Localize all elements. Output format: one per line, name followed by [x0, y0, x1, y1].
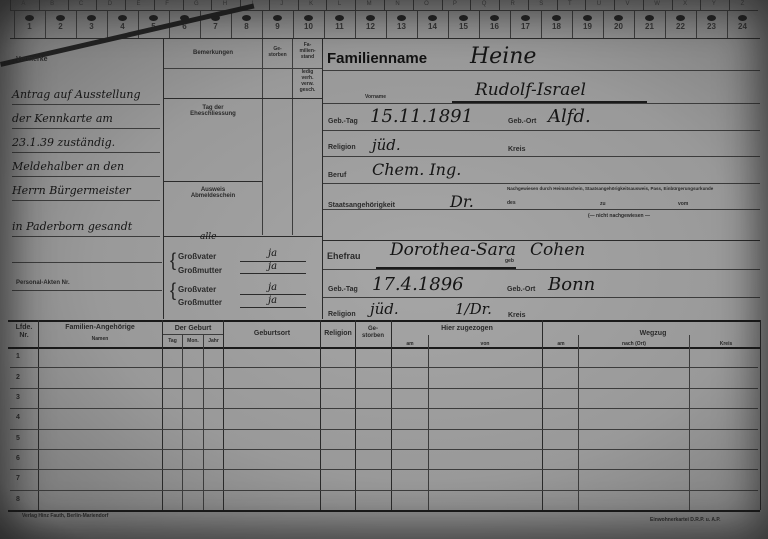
index-letter: P — [453, 1, 457, 7]
index-letter: D — [108, 1, 112, 7]
index-letter: O — [424, 1, 429, 7]
index-letter: Z — [741, 1, 745, 7]
geb-label: geb — [505, 258, 514, 264]
familienstand-options: ledig verh. verw. gesch. — [293, 69, 322, 93]
punch-hole-icon — [521, 15, 530, 21]
grossvater-value: ja — [268, 248, 277, 259]
grossmutter-label: Großmutter — [178, 266, 222, 275]
index-tab: 21 — [634, 12, 665, 38]
punch-hole-icon — [304, 15, 313, 21]
index-letter: T — [568, 1, 572, 7]
table-row — [8, 367, 760, 387]
grossvater-label: Großvater — [178, 252, 216, 261]
index-tab: 23 — [696, 12, 727, 38]
index-number: 12 — [355, 22, 386, 31]
table-row — [8, 388, 760, 408]
index-letter: R — [510, 1, 514, 7]
geb-ort-label: Geb.-Ort — [508, 118, 536, 125]
religion-value: jüd. — [372, 136, 401, 154]
grossmutter-value: ja — [268, 261, 277, 272]
index-number: 21 — [634, 22, 665, 31]
index-number: 11 — [324, 22, 355, 31]
namen-header: Namen — [38, 336, 162, 342]
index-letter: J — [280, 1, 283, 7]
table-row — [8, 347, 760, 367]
nachweis-text: Nachgewiesen durch Heimatschein, Staatsa… — [507, 186, 762, 192]
index-number: 1 — [14, 22, 45, 31]
index-letter: L — [338, 1, 341, 7]
index-tab: 2 — [45, 12, 76, 38]
ehefrau-name: Dorothea-Sara — [390, 240, 516, 260]
vermerke-label: Vermerke — [16, 56, 48, 63]
ausweis-label: Ausweis Abmeldeschein — [164, 187, 262, 199]
beruf-label: Beruf — [328, 172, 346, 179]
index-tab: 20 — [603, 12, 634, 38]
row-number: 4 — [16, 414, 20, 421]
index-letter: B — [50, 1, 54, 7]
index-letter: V — [626, 1, 630, 7]
nicht-nachgewiesen-label: (— nicht nachgewiesen — — [588, 213, 650, 219]
vermerke-line: Herrn Bürgermeister — [12, 184, 131, 197]
punch-hole-icon — [149, 15, 158, 21]
des-label: des — [507, 200, 516, 206]
index-number: 9 — [262, 22, 293, 31]
table-row — [8, 449, 760, 469]
vermerke-line: der Kennkarte am — [12, 112, 113, 125]
index-tab: 14 — [417, 12, 448, 38]
index-number: 10 — [293, 22, 324, 31]
grandparents-annotation: alle — [200, 232, 216, 242]
table-row — [8, 408, 760, 428]
punch-hole-icon — [428, 15, 437, 21]
staatsangehoerigkeit-label: Staatsangehörigkeit — [328, 202, 395, 209]
grossmutter-label: Großmutter — [178, 298, 222, 307]
punch-hole-icon — [583, 15, 592, 21]
index-number: 19 — [572, 22, 603, 31]
vorname-label: Vorname — [365, 94, 386, 100]
beruf-value: Chem. Ing. — [372, 160, 461, 179]
index-number: 17 — [510, 22, 541, 31]
registration-card: ABCDEFGHIJKLMNOPQRSTUVWXYZ 1234567891011… — [0, 0, 768, 539]
der-geburt-header: Der Geburt — [163, 325, 223, 332]
punch-hole-icon — [738, 15, 747, 21]
row-number: 1 — [16, 353, 20, 360]
index-tab: 18 — [541, 12, 572, 38]
row-number: 6 — [16, 455, 20, 462]
index-letter: C — [79, 1, 83, 7]
index-tab: 15 — [448, 12, 479, 38]
punch-hole-icon — [242, 15, 251, 21]
table-row — [8, 469, 760, 489]
vermerke-line: Antrag auf Ausstellung — [12, 88, 141, 101]
index-number: 15 — [448, 22, 479, 31]
punch-hole-icon — [366, 15, 375, 21]
table-row — [8, 490, 760, 510]
index-letter: U — [597, 1, 601, 7]
punch-hole-icon — [676, 15, 685, 21]
publisher-imprint: Einwohnerkartei D.R.P. u. A.P. — [650, 517, 720, 523]
table-row — [8, 429, 760, 449]
index-number: 14 — [417, 22, 448, 31]
index-letter: S — [539, 1, 543, 7]
index-letter: E — [136, 1, 140, 7]
index-number: 23 — [696, 22, 727, 31]
punch-hole-icon — [459, 15, 468, 21]
vermerke-line: in Paderborn gesandt — [12, 220, 132, 233]
vermerke-line: 23.1.39 zuständig. — [12, 136, 115, 149]
index-letter: W — [654, 1, 660, 7]
grossvater-value: ja — [268, 282, 277, 293]
index-letter: A — [21, 1, 25, 7]
punch-hole-icon — [552, 15, 561, 21]
familienname-label: Familienname — [327, 50, 427, 67]
grossvater-label: Großvater — [178, 285, 216, 294]
index-tab: 24 — [727, 12, 758, 38]
index-tab: 10 — [293, 12, 324, 38]
punch-hole-icon — [335, 15, 344, 21]
vorname-value: Rudolf-Israel — [475, 80, 586, 100]
index-letter: X — [683, 1, 687, 7]
index-letter: M — [367, 1, 372, 7]
index-letter: Q — [482, 1, 487, 7]
eheschliessung-label: Tag der Eheschliessung — [164, 105, 262, 117]
punch-hole-icon — [87, 15, 96, 21]
punch-hole-icon — [614, 15, 623, 21]
jahr-header: Jahr — [204, 338, 223, 344]
angehoerige-header: Familien-Angehörige — [38, 324, 162, 331]
ehefrau-kreis-label: Kreis — [508, 312, 526, 319]
index-number: 8 — [231, 22, 262, 31]
ehefrau-religion-value: jüd. — [370, 300, 399, 318]
index-tab: 3 — [76, 12, 107, 38]
personal-akten-label: Personal-Akten Nr. — [16, 280, 70, 286]
mon-header: Mon. — [183, 338, 203, 344]
gestorben-label: Ge- storben — [263, 46, 292, 58]
index-letter: H — [223, 1, 227, 7]
row-number: 2 — [16, 374, 20, 381]
punch-hole-icon — [25, 15, 34, 21]
index-tab: 17 — [510, 12, 541, 38]
index-tab: 12 — [355, 12, 386, 38]
ehefrau-religion-label: Religion — [328, 311, 356, 318]
index-tab: 1 — [14, 12, 45, 38]
index-number: 20 — [603, 22, 634, 31]
zu-label: zu — [600, 201, 606, 207]
index-number: 3 — [76, 22, 107, 31]
grossmutter-value: ja — [268, 295, 277, 306]
ehefrau-geb-tag-value: 17.4.1896 — [372, 274, 464, 295]
row-number: 7 — [16, 475, 20, 482]
index-letter: N — [395, 1, 399, 7]
index-tab: 11 — [324, 12, 355, 38]
tag-header: Tag — [163, 338, 182, 344]
kreis-label: Kreis — [508, 146, 526, 153]
ehefrau-geb-ort-value: Bonn — [548, 274, 595, 295]
punch-hole-icon — [56, 15, 65, 21]
index-letter: K — [309, 1, 313, 7]
index-number: 4 — [107, 22, 138, 31]
geb-tag-value: 15.11.1891 — [370, 106, 473, 127]
ehefrau-maiden-name: Cohen — [530, 240, 585, 260]
hier-zugezogen-header: Hier zugezogen — [392, 325, 542, 332]
index-number: 18 — [541, 22, 572, 31]
punch-hole-icon — [490, 15, 499, 21]
printer-imprint: Verlag Hinz Fauth, Berlin-Mariendorf — [22, 513, 108, 519]
familienname-value: Heine — [470, 44, 536, 69]
index-number: 13 — [386, 22, 417, 31]
lfd-nr-header: Lfde. Nr. — [10, 324, 38, 340]
index-letter: F — [165, 1, 169, 7]
row-number: 3 — [16, 394, 20, 401]
row-number: 5 — [16, 435, 20, 442]
vom-label: vom — [678, 201, 688, 207]
index-number: 7 — [200, 22, 231, 31]
ehefrau-label: Ehefrau — [327, 251, 361, 261]
index-tab: 13 — [386, 12, 417, 38]
index-tab: 19 — [572, 12, 603, 38]
index-letter: G — [194, 1, 199, 7]
index-number: 24 — [727, 22, 758, 31]
row-number: 8 — [16, 496, 20, 503]
punch-hole-icon — [645, 15, 654, 21]
geburtsort-header: Geburtsort — [224, 330, 320, 337]
punch-hole-icon — [707, 15, 716, 21]
ehefrau-geb-tag-label: Geb.-Tag — [328, 286, 358, 293]
vermerke-line: Meldehalber an den — [12, 160, 124, 173]
punch-hole-icon — [397, 15, 406, 21]
religion-label: Religion — [328, 144, 356, 151]
index-letter: Y — [712, 1, 716, 7]
geb-tag-label: Geb.-Tag — [328, 118, 358, 125]
ehefrau-kreis-value: 1/Dr. — [455, 300, 492, 318]
punch-hole-icon — [118, 15, 127, 21]
index-number: 16 — [479, 22, 510, 31]
geb-ort-value: Alfd. — [548, 106, 591, 127]
gestorben-header: Ge- storben — [356, 326, 390, 340]
wegzug-header: Wegzug — [543, 330, 763, 337]
bemerkungen-label: Bemerkungen — [164, 50, 262, 56]
index-tab: 16 — [479, 12, 510, 38]
ehefrau-geb-ort-label: Geb.-Ort — [507, 286, 535, 293]
index-tab: 9 — [262, 12, 293, 38]
index-number: 22 — [665, 22, 696, 31]
familienstand-label: Fa- milien- stand — [293, 42, 322, 60]
religion-header: Religion — [321, 330, 355, 337]
index-number: 2 — [45, 22, 76, 31]
index-tab: 22 — [665, 12, 696, 38]
punch-hole-icon — [273, 15, 282, 21]
index-tab: 8 — [231, 12, 262, 38]
